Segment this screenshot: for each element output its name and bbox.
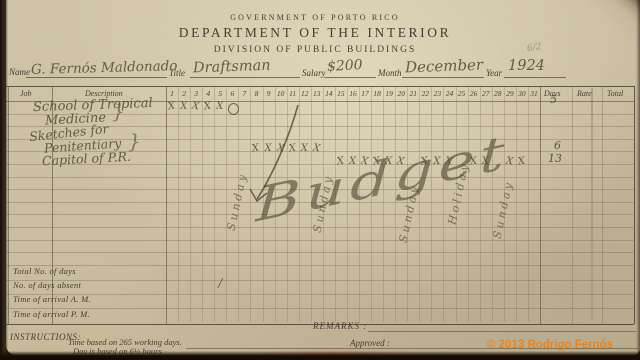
remarks-label: REMARKS : [313,321,367,331]
photo-left-edge [0,0,8,360]
photo-bottom-edge [0,351,640,360]
pencil-check-arrow [0,0,640,360]
remarks-underline [368,331,636,332]
approved-label: Approved : [350,338,390,348]
photo-right-edge [636,0,640,360]
stray-pencil-mark: 6/2 [526,42,542,54]
scanned-timesheet-photo: GOVERNMENT OF PORTO RICO DEPARTMENT OF T… [0,0,640,360]
copyright-watermark: © 2013 Rodrigo Fernós [487,339,613,351]
